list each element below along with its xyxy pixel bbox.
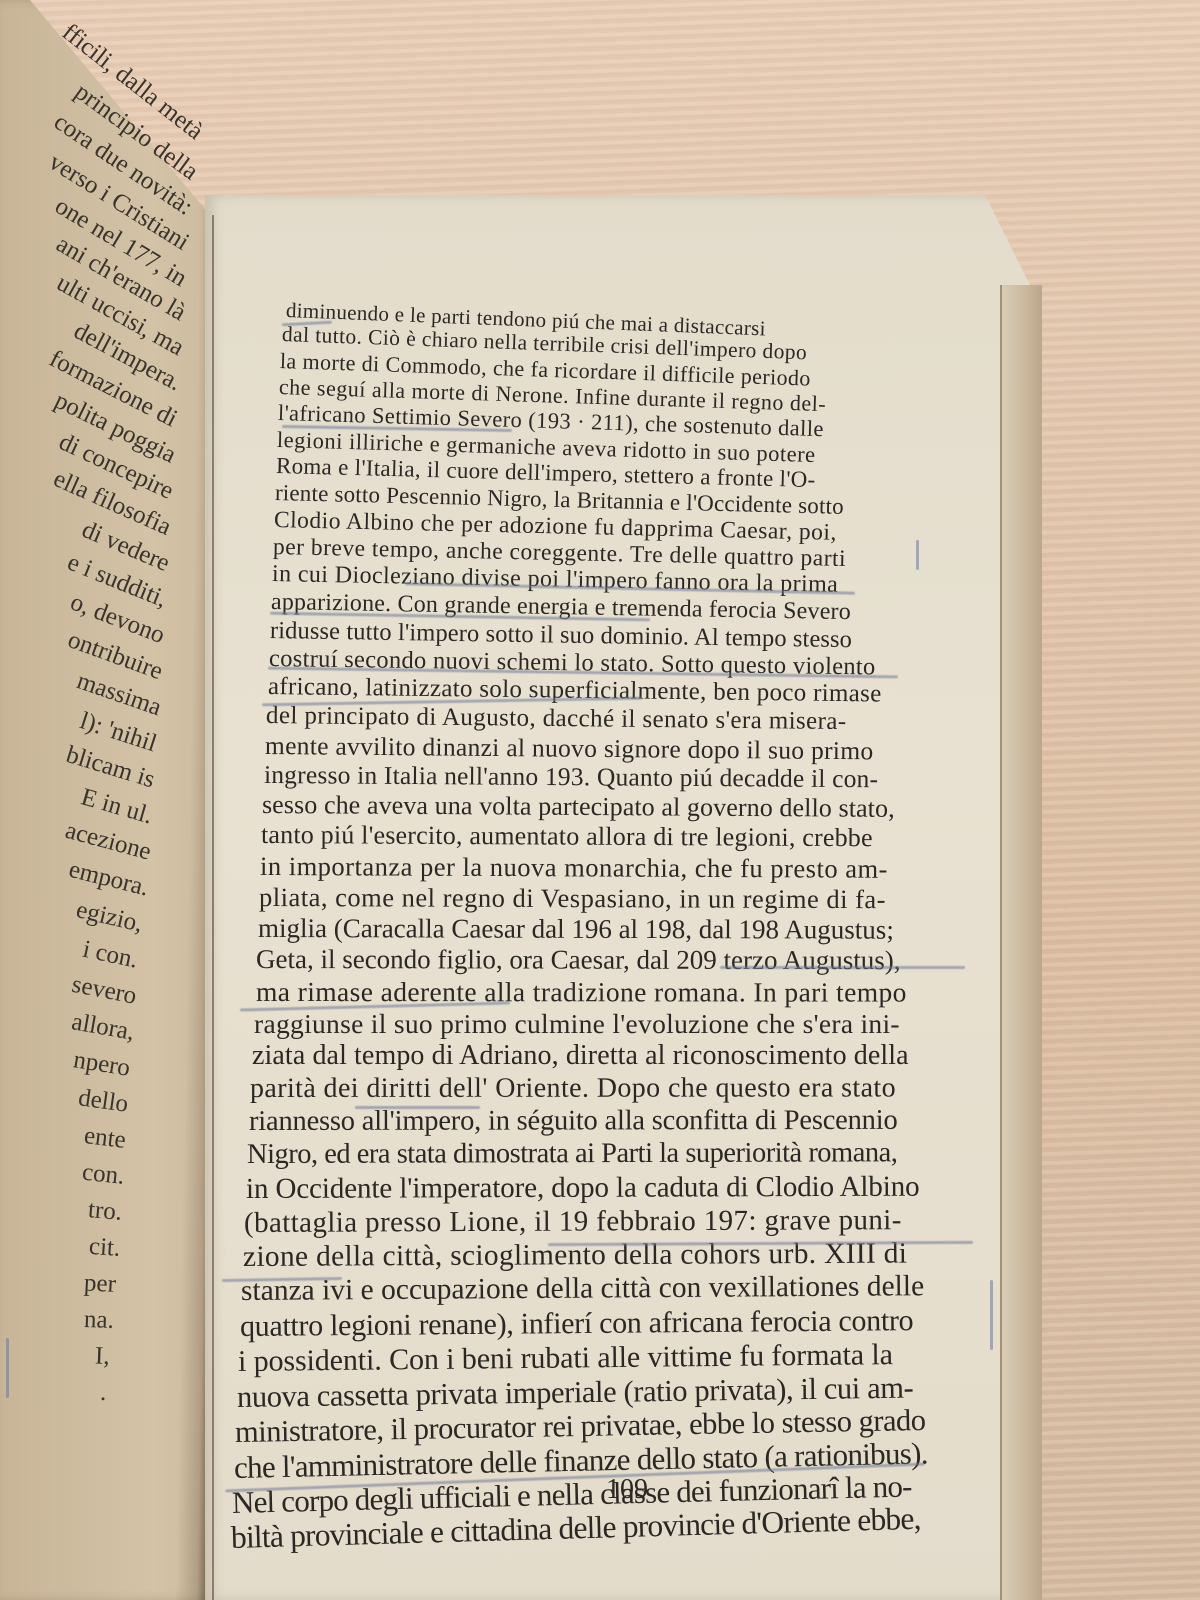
text-line: pliata, come nel regno di Vespasiano, in…: [259, 882, 886, 915]
text-line: Nigro, ed era stata dimostrata ai Parti …: [247, 1137, 897, 1171]
pencil-margin-mark: [916, 540, 919, 570]
text-line: ma rimase aderente alla tradizione roman…: [256, 976, 907, 1009]
page-number: 109: [606, 1474, 648, 1506]
text-line: Geta, il secondo figlio, ora Caesar, dal…: [256, 944, 901, 976]
text-line: ziata dal tempo di Adriano, diretta al r…: [252, 1040, 909, 1072]
text-line: sesso che aveva una volta partecipato al…: [262, 790, 895, 824]
pencil-underline: [720, 966, 965, 969]
text-line: stanza ivi e occupazione della città con…: [241, 1270, 924, 1308]
text-line: ingresso in Italia nell'anno 193. Quanto…: [264, 760, 878, 794]
text-line: in importanza per la nuova monarchia, ch…: [260, 851, 888, 885]
text-line: miglia (Caracalla Caesar dal 196 al 198,…: [258, 913, 894, 946]
text-line: in Occidente l'imperatore, dopo la cadut…: [246, 1171, 920, 1206]
text-line: tanto piú l'esercito, aumentato allora d…: [261, 820, 873, 853]
right-page-body-text: diminuendo e le parti tendono piú che ma…: [0, 0, 1200, 1600]
pencil-margin-mark: [990, 1280, 993, 1350]
text-line: (battaglia presso Lione, il 19 febbraio …: [244, 1204, 902, 1240]
text-line: parità dei diritti dell' Oriente. Dopo c…: [250, 1072, 896, 1105]
text-line: riannesso all'impero, in séguito alla sc…: [249, 1105, 898, 1138]
pencil-underline: [355, 1106, 480, 1109]
text-line: raggiunse il suo primo culmine l'evoluzi…: [254, 1008, 900, 1040]
